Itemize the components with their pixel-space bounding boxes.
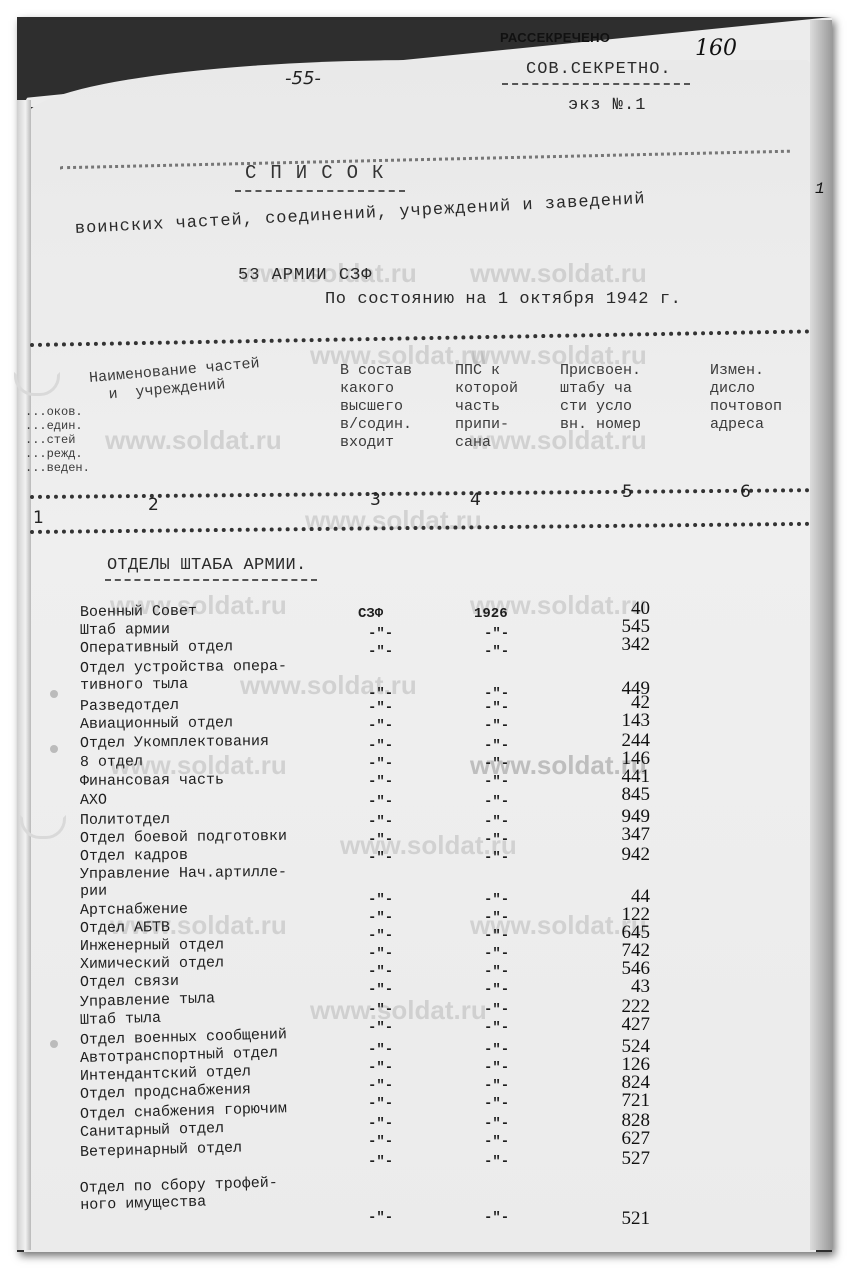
row-parent-unit: -"- — [368, 982, 393, 998]
page-number: -55- — [285, 68, 321, 89]
row-pps: -"- — [484, 1134, 509, 1150]
row-pps: -"- — [484, 644, 509, 660]
row-parent-unit: -"- — [368, 1060, 393, 1076]
row-pps: -"- — [484, 794, 509, 810]
row-name: Отдел устройства опера- тивного тыла — [80, 658, 287, 694]
row-conditional-number: 627 — [590, 1128, 650, 1150]
row-conditional-number: 427 — [590, 1014, 650, 1036]
watermark-text: www.soldat.ru — [310, 995, 487, 1026]
row-parent-unit: СЗФ — [358, 606, 383, 622]
row-parent-unit: -"- — [368, 644, 393, 660]
row-parent-unit: -"- — [368, 1134, 393, 1150]
row-parent-unit: -"- — [368, 946, 393, 962]
row-pps: -"- — [484, 774, 509, 790]
row-name: Оперативный отдел — [80, 638, 233, 657]
row-name: АХО — [80, 792, 107, 809]
row-pps: -"- — [484, 964, 509, 980]
row-pps: -"- — [484, 1060, 509, 1076]
row-name: Отдел по сбору трофей- ного имущества — [80, 1174, 279, 1214]
row-conditional-number: 43 — [590, 976, 650, 998]
row-pps: -"- — [484, 718, 509, 734]
row-name: Отдел АБТВ — [80, 919, 170, 937]
row-pps: -"- — [484, 850, 509, 866]
watermark-text: www.soldat.ru — [470, 258, 647, 289]
row-parent-unit: -"- — [368, 1096, 393, 1112]
row-name: Разведотдел — [80, 697, 179, 715]
row-name: Финансовая часть — [80, 771, 224, 790]
document-heading: СПИСОК — [235, 162, 405, 192]
row-parent-unit: -"- — [368, 1116, 393, 1132]
row-pps: -"- — [484, 982, 509, 998]
margin-mark: 1 — [815, 180, 825, 198]
punch-hole-icon — [50, 1040, 58, 1048]
row-conditional-number: 347 — [590, 824, 650, 846]
row-name: Отдел боевой подготовки — [80, 828, 287, 847]
title-line-2: 53 АРМИИ СЗФ — [238, 266, 372, 285]
row-name: Военный Совет — [80, 603, 197, 621]
row-conditional-number: 527 — [590, 1148, 650, 1170]
row-conditional-number: 521 — [590, 1208, 650, 1230]
row-parent-unit: -"- — [368, 1020, 393, 1036]
column-number-3: 3 — [370, 490, 381, 510]
row-parent-unit: -"- — [368, 700, 393, 716]
row-parent-unit: -"- — [368, 892, 393, 908]
row-pps: -"- — [484, 946, 509, 962]
row-conditional-number: 721 — [590, 1090, 650, 1112]
row-conditional-number: 143 — [590, 710, 650, 732]
row-conditional-number: 942 — [590, 844, 650, 866]
binder-edge — [17, 100, 31, 1250]
row-pps: -"- — [484, 1210, 509, 1226]
classification-label: СОВ.СЕКРЕТНО. — [502, 60, 690, 85]
row-name: Штаб тыла — [80, 1010, 161, 1029]
row-name: Артснабжение — [80, 901, 188, 919]
column-number-4: 4 — [470, 490, 481, 510]
column-header-4: ППС к которой часть припи- сана — [455, 362, 518, 452]
row-parent-unit: -"- — [368, 1210, 393, 1226]
row-name: Политотдел — [80, 811, 170, 829]
row-pps: -"- — [484, 1078, 509, 1094]
column-number-6: 6 — [740, 482, 751, 502]
row-parent-unit: -"- — [368, 626, 393, 642]
declassified-stamp: РАССЕКРЕЧЕНО — [500, 30, 610, 45]
row-name: Штаб армии — [80, 621, 170, 639]
row-pps: -"- — [484, 626, 509, 642]
watermark-text: www.soldat.ru — [105, 425, 282, 456]
row-parent-unit: -"- — [368, 964, 393, 980]
row-parent-unit: -"- — [368, 910, 393, 926]
row-pps: -"- — [484, 1020, 509, 1036]
row-name: Инженерный отдел — [80, 936, 224, 955]
row-conditional-number: 342 — [590, 634, 650, 656]
column-header-6: Измен. дисло почтовоп адреса — [710, 362, 782, 434]
column-header-5: Присвоен. штабу ча сти усло вн. номер — [560, 362, 641, 434]
row-pps: -"- — [484, 910, 509, 926]
column-number-5: 5 — [622, 482, 633, 502]
row-pps: -"- — [484, 928, 509, 944]
row-pps: -"- — [484, 1116, 509, 1132]
row-name: Отдел связи — [80, 973, 179, 991]
row-name: Химический отдел — [80, 954, 224, 973]
row-parent-unit: -"- — [368, 738, 393, 754]
punch-hole-icon — [50, 745, 58, 753]
row-parent-unit: -"- — [368, 1154, 393, 1170]
row-pps: -"- — [484, 1002, 509, 1018]
row-parent-unit: -"- — [368, 1078, 393, 1094]
row-name: Авиационный отдел — [80, 714, 233, 733]
as-of-date: По состоянию на 1 октября 1942 г. — [325, 290, 681, 309]
row-pps: -"- — [484, 1154, 509, 1170]
row-parent-unit: -"- — [368, 814, 393, 830]
page-right-edge — [810, 20, 832, 1250]
row-pps: -"- — [484, 756, 509, 772]
row-parent-unit: -"- — [368, 1002, 393, 1018]
row-name: Отдел кадров — [80, 847, 188, 865]
row-parent-unit: -"- — [368, 928, 393, 944]
row-name: Управление Нач.артилле- рии — [80, 864, 287, 900]
column-number-2: 2 — [148, 495, 159, 515]
row-parent-unit: -"- — [368, 1042, 393, 1058]
punch-hole-icon — [50, 690, 58, 698]
row-parent-unit: -"- — [368, 794, 393, 810]
archive-number: 160 — [695, 36, 737, 61]
column-header-3: В состав какого высшего в/содин. входит — [340, 362, 412, 452]
row-name: Отдел Укомплектования — [80, 733, 269, 752]
copy-number: экз №.1 — [568, 96, 646, 115]
row-pps: -"- — [484, 738, 509, 754]
row-pps: -"- — [484, 1042, 509, 1058]
column-number-1: 1 — [33, 508, 44, 528]
row-parent-unit: -"- — [368, 850, 393, 866]
watermark-text: www.soldat.ru — [305, 505, 482, 536]
row-pps: -"- — [484, 1096, 509, 1112]
row-pps: -"- — [484, 832, 509, 848]
column-header-1: ...оков. ...един. ...стей ...режд. ...ве… — [25, 405, 90, 475]
row-pps: -"- — [484, 892, 509, 908]
section-title: ОТДЕЛЫ ШТАБА АРМИИ. — [105, 556, 317, 581]
row-parent-unit: -"- — [368, 774, 393, 790]
row-parent-unit: -"- — [368, 756, 393, 772]
row-parent-unit: -"- — [368, 832, 393, 848]
row-pps: -"- — [484, 700, 509, 716]
row-name: 8 отдел — [80, 753, 143, 771]
row-pps: -"- — [484, 814, 509, 830]
row-pps: 1926 — [474, 606, 508, 622]
row-conditional-number: 845 — [590, 784, 650, 806]
row-parent-unit: -"- — [368, 718, 393, 734]
